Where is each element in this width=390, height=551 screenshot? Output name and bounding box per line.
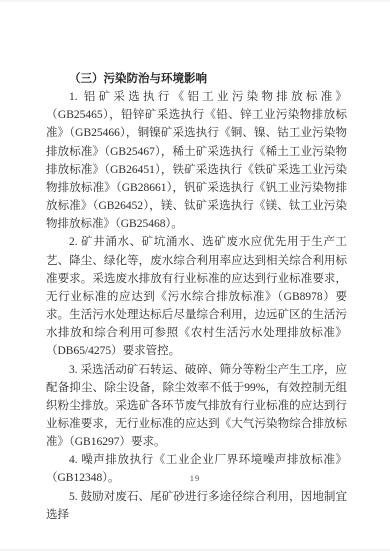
page-content: （三）污染防治与环境影响 1. 铝矿采选执行《铝工业污染物排放标准》（GB254… (46, 70, 347, 524)
section-heading: （三）污染防治与环境影响 (46, 70, 347, 88)
paragraph-waste-rock: 5. 鼓励对废石、尾矿砂进行多途径综合利用，因地制宜选择 (46, 488, 347, 524)
paragraph-wastewater: 2. 矿井涌水、矿坑涌水、选矿废水应优先用于生产工艺、降尘、绿化等，废水综合利用… (46, 233, 347, 360)
document-page: （三）污染防治与环境影响 1. 铝矿采选执行《铝工业污染物排放标准》（GB254… (0, 0, 390, 551)
paragraph-dust-control: 3. 采选活动矿石转运、破碎、筛分等粉尘产生工序，应配备抑尘、除尘设备，除尘效率… (46, 361, 347, 452)
page-number: 19 (0, 473, 390, 483)
paragraph-emission-standards: 1. 铝矿采选执行《铝工业污染物排放标准》（GB25465），铅锌矿采选执行《铅… (46, 88, 347, 233)
scan-edge-top (0, 0, 390, 2)
